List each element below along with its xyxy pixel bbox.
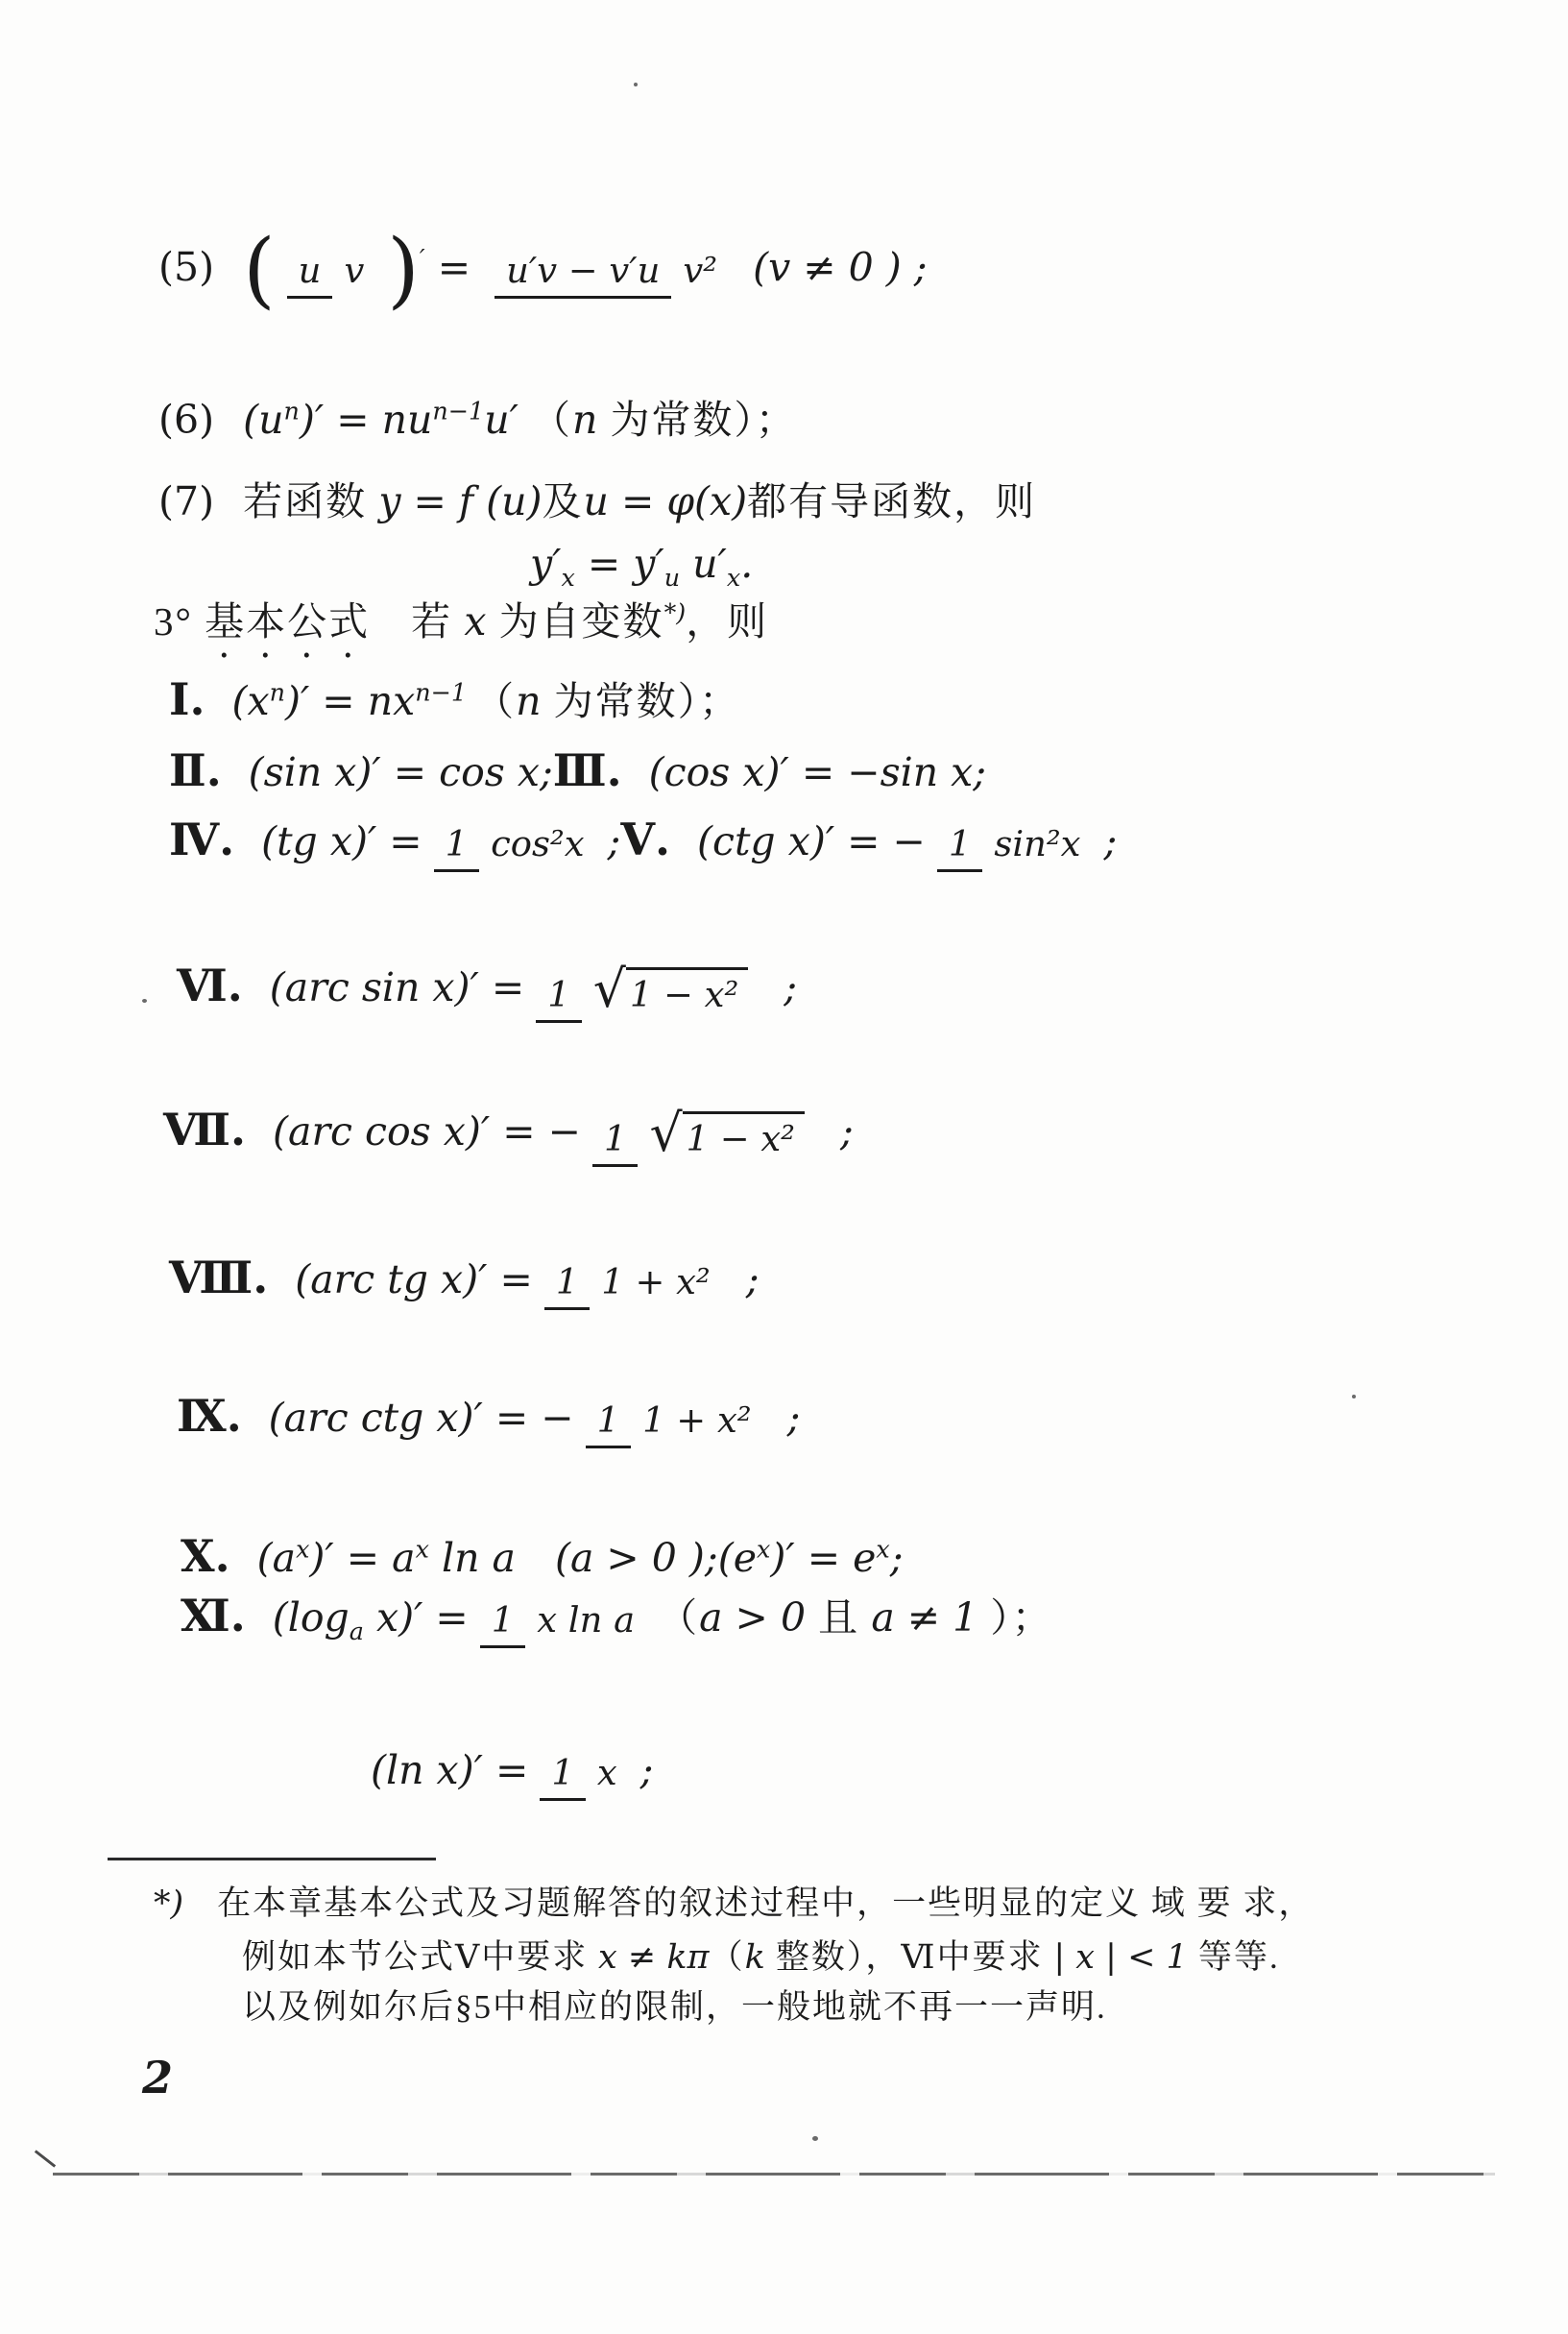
math-text: sin²x: [994, 823, 1080, 864]
math-text: (cos x)′ = −sin x;: [649, 749, 986, 795]
math-text: u: [299, 250, 322, 291]
chinese-text: （: [531, 398, 572, 442]
subscript: u: [664, 563, 680, 592]
roman-numeral: Ⅲ.: [553, 744, 622, 796]
chinese-text: 在本章基本公式及习题解答的叙述过程中，一些明显的定义 域 要 求，: [217, 1884, 1314, 1922]
math-text: cos²x: [491, 823, 584, 864]
superscript: n: [283, 396, 299, 425]
footnote-line-2: 例如本节公式Ⅴ中要求 x ≠ kπ（k 整数），Ⅵ中要求 | x | < 1 等…: [242, 1936, 1280, 1980]
math-text: x: [597, 1752, 617, 1793]
fraction: u′v − v′uv²: [495, 250, 729, 291]
math-text: (ctg x)′ = −: [697, 818, 926, 864]
math-text: ;: [828, 1108, 854, 1155]
math-text: u′: [680, 541, 727, 587]
math-text: v: [344, 250, 364, 291]
scan-artifact-line: [53, 2173, 1495, 2176]
fraction: 11 + x²: [586, 1399, 763, 1441]
math-text: )′ = a: [309, 1535, 415, 1581]
chinese-text: 等等.: [1198, 1938, 1280, 1976]
chinese-text: 都有导函数，则: [747, 479, 1036, 523]
math-text: | x | < 1: [1053, 1938, 1198, 1977]
roman-numeral: Ⅰ.: [169, 673, 205, 725]
big-paren: (: [243, 222, 276, 318]
chinese-text: 若: [370, 599, 464, 644]
subscript: x: [727, 563, 740, 592]
math-text: x ln a: [537, 1599, 635, 1641]
roman-numeral: Ⅷ.: [169, 1252, 268, 1303]
formula-I-power: Ⅰ.(xn)′ = nxn−1 （n 为常数）；: [169, 672, 740, 727]
math-text: =: [425, 244, 483, 290]
sqrt-expression: √1 − x²: [649, 1118, 805, 1159]
superscript: x: [296, 1534, 309, 1563]
roman-numeral: Ⅸ.: [177, 1390, 242, 1442]
math-text: ;: [771, 964, 797, 1010]
scan-speck: [812, 2136, 818, 2141]
math-text: k: [745, 1938, 776, 1977]
fraction: 1x: [540, 1752, 628, 1793]
scan-artifact-tick: [35, 2150, 56, 2167]
item-label: (7): [158, 478, 214, 524]
math-text: )′ = nx: [285, 678, 415, 724]
superscript: n: [270, 677, 285, 706]
emphasized-text: 基本公式: [205, 599, 370, 644]
math-text: ;: [640, 1747, 654, 1793]
big-paren: ): [387, 222, 420, 318]
math-text: 1 + x²: [601, 1261, 710, 1302]
math-text: ;: [608, 818, 621, 864]
formula-II-III-sin-cos: Ⅱ.(sin x)′ = cos x;Ⅲ.(cos x)′ = −sin x;: [169, 743, 986, 798]
section-3-heading: 3° 基本公式 若 x 为自变数*)，则: [154, 597, 768, 667]
formula-IX-arcctg: Ⅸ.(arc ctg x)′ = −11 + x² ;: [177, 1389, 800, 1444]
formula-6-power-rule: (6)(un)′ = nun−1u′ （n 为常数）；: [158, 396, 797, 445]
math-text: (arc cos x)′ = −: [273, 1108, 581, 1155]
superscript: x: [416, 1534, 429, 1563]
superscript: n−1: [432, 396, 484, 425]
roman-numeral: Ⅺ.: [181, 1590, 246, 1641]
formula-X-exponential: Ⅹ.(ax)′ = ax ln a (a > 0 );(ex)′ = ex;: [181, 1529, 904, 1584]
superscript: x: [757, 1534, 770, 1563]
math-text: x ≠ kπ: [598, 1938, 710, 1977]
math-text: u′v − v′u: [506, 250, 660, 291]
superscript: x: [876, 1534, 889, 1563]
math-text: )′ = nu: [300, 397, 433, 443]
math-text: (v ≠ 0 ) ;: [740, 244, 928, 290]
math-text: u = φ(x): [584, 478, 748, 524]
page-number: 2: [142, 2052, 173, 2103]
chinese-text: 3°: [154, 599, 205, 644]
roman-numeral: Ⅹ.: [181, 1530, 230, 1582]
math-text: .: [740, 541, 753, 587]
math-text: *): [154, 1884, 217, 1923]
fraction: 1x ln a: [480, 1599, 646, 1641]
chinese-text: 及: [543, 479, 584, 523]
footnote-separator: [108, 1858, 436, 1860]
math-text: (a: [257, 1535, 296, 1581]
formula-ln: (ln x)′ =1x;: [371, 1746, 654, 1796]
math-text: 1: [597, 1399, 619, 1441]
fraction: 1√1 − x²: [592, 1118, 816, 1159]
math-text: n: [572, 397, 610, 443]
footnote-line-3: 以及例如尔后§5中相应的限制，一般地就不再一一声明.: [242, 1986, 1107, 2030]
math-text: n: [516, 678, 553, 724]
math-text: (arc ctg x)′ = −: [269, 1395, 574, 1441]
formula-7-chain-statement: (7)若函数 y = f (u)及u = φ(x)都有导函数，则: [158, 477, 1036, 526]
chinese-text: 例如本节公式Ⅴ中要求: [242, 1938, 598, 1976]
chinese-text: 为常数）；: [610, 398, 797, 442]
math-text: 1: [446, 823, 468, 864]
chinese-text: （: [710, 1938, 745, 1976]
formula-XI-logarithm: Ⅺ.(loga x)′ =1x ln a（a > 0 且 a ≠ 1 ）；: [181, 1589, 1053, 1647]
math-text: ;: [734, 1256, 760, 1302]
chinese-text: 为常数）；: [554, 679, 741, 723]
subscript: x: [561, 563, 574, 592]
math-text: ;: [1103, 818, 1117, 864]
math-text: (tg x)′ =: [261, 818, 422, 864]
formula-5-quotient-rule: (5)(uv)′ = u′v − v′uv² (v ≠ 0 ) ;: [158, 233, 928, 307]
math-text: ln a (a > 0 );: [429, 1535, 718, 1581]
item-label: (6): [158, 397, 214, 443]
math-text: (sin x)′ = cos x;: [249, 749, 553, 795]
formula-IV-V-tg-ctg: Ⅳ.(tg x)′ =1cos²x;Ⅴ.(ctg x)′ = −1sin²x;: [169, 813, 1117, 867]
scan-speck: [142, 999, 147, 1003]
math-text: (arc sin x)′ =: [270, 964, 524, 1010]
math-text: a ≠ 1: [871, 1594, 990, 1641]
fraction: uv: [287, 250, 376, 291]
math-text: y′: [530, 541, 561, 587]
math-text: (arc tg x)′ =: [295, 1256, 533, 1302]
chinese-text: 为自变数: [499, 599, 664, 644]
fraction: 11 + x²: [544, 1261, 722, 1302]
chinese-text: ，则: [686, 599, 768, 644]
chinese-text: （: [658, 1595, 699, 1640]
scan-speck: [1352, 1395, 1356, 1398]
roman-numeral: Ⅱ.: [169, 744, 222, 796]
math-text: 1 + x²: [642, 1399, 751, 1441]
roman-numeral: Ⅵ.: [177, 960, 243, 1011]
math-text: a > 0: [699, 1594, 818, 1641]
math-text: 1: [556, 1261, 578, 1302]
chinese-text: （: [474, 679, 516, 723]
item-label: (5): [158, 244, 214, 290]
math-text: ;: [890, 1535, 904, 1581]
math-text: (ln x)′ =: [371, 1747, 528, 1793]
fraction: 1sin²x: [937, 823, 1093, 864]
math-text: )′ = e: [770, 1535, 876, 1581]
math-text: (e: [718, 1535, 757, 1581]
formula-VIII-arctg: Ⅷ.(arc tg x)′ =11 + x² ;: [169, 1251, 760, 1305]
math-text: (x: [231, 678, 269, 724]
formula-7-chain-rule: y′x = y′u u′x.: [530, 540, 753, 594]
math-text: x: [464, 598, 498, 644]
roman-numeral: Ⅶ.: [163, 1104, 246, 1155]
math-text: u′: [484, 397, 531, 443]
math-text: 1: [492, 1599, 514, 1641]
math-text: v²: [683, 250, 717, 291]
chinese-text: 整数），Ⅵ中要求: [776, 1938, 1053, 1976]
chinese-text: ）；: [990, 1595, 1053, 1640]
math-text: ;: [775, 1395, 801, 1441]
math-text: = y′: [575, 541, 664, 587]
math-text: 1: [547, 974, 569, 1015]
chinese-text: 以及例如尔后§5中相应的限制，一般地就不再一一声明.: [242, 1988, 1107, 2026]
math-text: 1: [604, 1118, 626, 1159]
math-text: 1: [551, 1752, 573, 1793]
math-text: (u: [243, 397, 283, 443]
fraction: 1√1 − x²: [536, 974, 760, 1015]
fraction: 1cos²x: [434, 823, 596, 864]
math-text: y = f (u): [378, 478, 542, 524]
scanned-textbook-page: (5)(uv)′ = u′v − v′uv² (v ≠ 0 ) ; (6)(un…: [0, 0, 1568, 2334]
chinese-text: 且: [818, 1595, 871, 1640]
math-text: (log: [273, 1594, 350, 1641]
math-text: 1: [949, 823, 971, 864]
formula-VII-arccos: Ⅶ.(arc cos x)′ = −1√1 − x² ;: [163, 1103, 854, 1162]
roman-numeral: Ⅳ.: [169, 814, 234, 865]
sqrt-expression: √1 − x²: [593, 974, 749, 1015]
roman-numeral: Ⅴ.: [620, 814, 670, 865]
math-text: x)′ =: [364, 1594, 469, 1641]
scan-speck: [634, 83, 638, 86]
subscript: a: [350, 1617, 364, 1645]
superscript: *): [664, 597, 687, 626]
chinese-text: 若函数: [243, 479, 378, 523]
footnote-line-1: *) 在本章基本公式及习题解答的叙述过程中，一些明显的定义 域 要 求，: [154, 1883, 1314, 1926]
superscript: n−1: [415, 677, 474, 706]
formula-VI-arcsin: Ⅵ.(arc sin x)′ =1√1 − x² ;: [177, 959, 797, 1018]
